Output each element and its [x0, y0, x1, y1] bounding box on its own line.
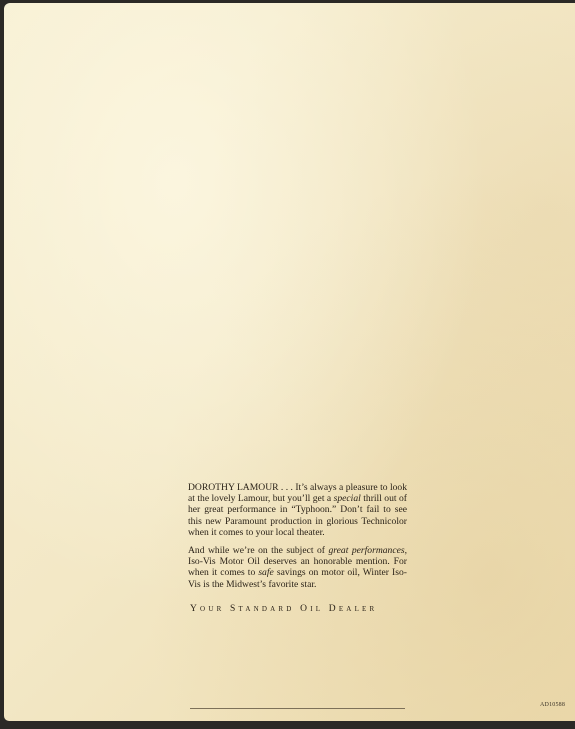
catalog-code: AD10588 [540, 702, 565, 708]
emphasis-safe: safe [258, 567, 273, 578]
dealer-signature: Your Standard Oil Dealer [190, 604, 408, 614]
emphasis-great-performances: great performances, [328, 545, 407, 556]
lead-name: DOROTHY LAMOUR . . . [188, 482, 293, 493]
paragraph-iso-vis: And while we’re on the subject of great … [188, 545, 407, 590]
paper-page: DOROTHY LAMOUR . . . It’s always a pleas… [4, 3, 575, 721]
emphasis-special: special [334, 493, 361, 504]
ad-copy: DOROTHY LAMOUR . . . It’s always a pleas… [188, 482, 407, 597]
paragraph-dorothy-lamour: DOROTHY LAMOUR . . . It’s always a pleas… [188, 482, 407, 538]
divider-line [190, 708, 405, 709]
